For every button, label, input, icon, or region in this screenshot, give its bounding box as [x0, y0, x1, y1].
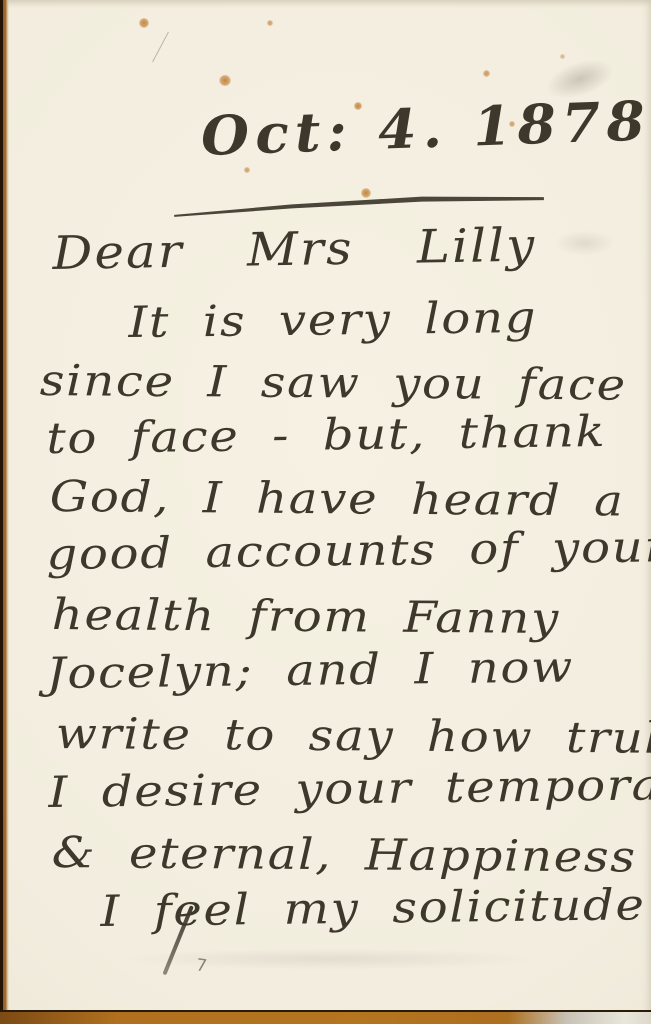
letter-line: & eternal, Happiness -: [52, 828, 651, 883]
foxing-spot: [139, 18, 149, 28]
ink-smudge: [120, 948, 540, 970]
foxing-spot: [219, 75, 231, 86]
ink-smudge: [555, 230, 615, 256]
letter-line: to face - but, thank: [46, 407, 607, 464]
letter-line: Jocelyn; and I now: [46, 642, 574, 699]
letter-line: health from Fanny: [52, 590, 561, 644]
foxing-spot: [560, 54, 565, 59]
scan-edge-left: [0, 0, 9, 1024]
letter-line: God, I have heard a: [50, 472, 625, 526]
foxing-spot: [244, 167, 250, 173]
salutation-line: Dear Mrs Lilly: [52, 218, 537, 280]
scanned-letter: Oct: 4. 1878 Dear Mrs Lilly It is very l…: [0, 0, 651, 1024]
letter-line: It is very long: [128, 293, 538, 348]
letter-line: I desire your temporal,: [48, 760, 651, 818]
letter-line: since I saw you face: [40, 356, 628, 411]
foxing-spot: [267, 20, 273, 26]
foxing-spot: [483, 70, 490, 77]
scan-edge-bottom: [0, 1010, 651, 1024]
letter-line: write to say how truly: [56, 709, 651, 764]
letter-line: good accounts of your: [46, 522, 651, 580]
